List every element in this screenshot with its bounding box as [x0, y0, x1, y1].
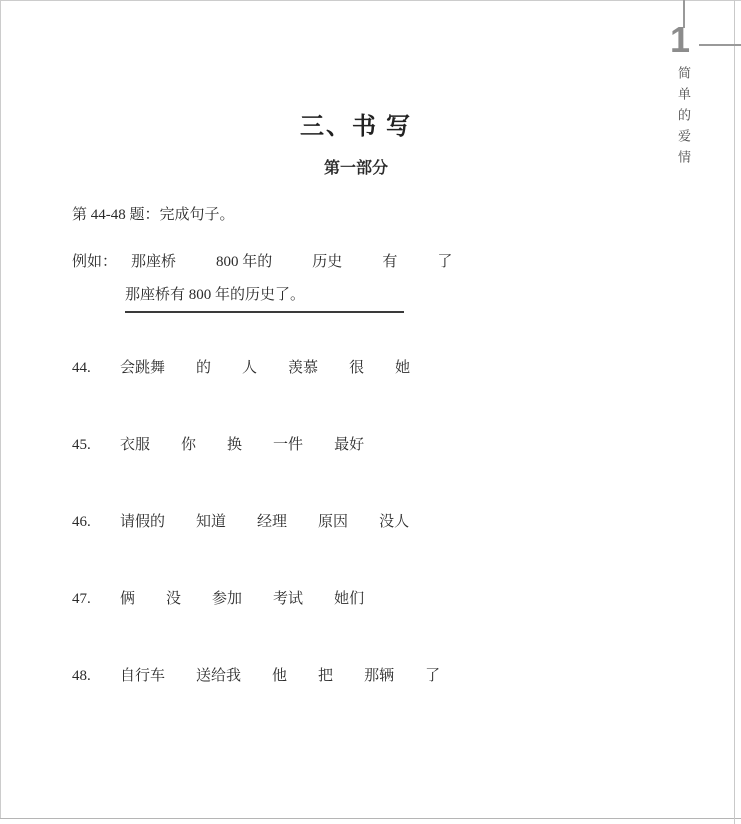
- workbook-page: 1 简单的爱情 三、书 写 第一部分 第 44-48 题：完成句子。 例如： 那…: [0, 0, 741, 824]
- question-word: 把: [318, 664, 333, 685]
- question-word: 换: [227, 433, 242, 454]
- question-word: 知道: [196, 510, 226, 531]
- question-word: 参加: [212, 587, 242, 608]
- question-row: 44.会跳舞的人羡慕很她: [72, 356, 632, 377]
- question-word: 送给我: [196, 664, 241, 685]
- example-answer: 那座桥有 800 年的历史了。: [125, 283, 404, 313]
- question-word: 很: [349, 356, 364, 377]
- question-word: 最好: [334, 433, 364, 454]
- question-row: 45.衣服你换一件最好: [72, 433, 632, 454]
- question-row: 47.俩没参加考试她们: [72, 587, 632, 608]
- question-word: 她: [395, 356, 410, 377]
- question-word: 会跳舞: [120, 356, 165, 377]
- example-word: 了: [437, 250, 452, 271]
- chapter-dash-line: [699, 44, 741, 46]
- question-word: 没: [166, 587, 181, 608]
- page-border-bottom: [0, 818, 741, 819]
- question-word: 了: [425, 664, 440, 685]
- page-border-top: [0, 0, 741, 1]
- example-word: 800 年的: [216, 250, 272, 271]
- example-word: 历史: [312, 250, 342, 271]
- example-words: 那座桥800 年的历史有了: [131, 250, 452, 271]
- question-words: 会跳舞的人羡慕很她: [120, 356, 410, 377]
- chapter-number: 1: [662, 22, 698, 58]
- question-row: 48.自行车送给我他把那辆了: [72, 664, 632, 685]
- question-word: 人: [242, 356, 257, 377]
- question-words: 衣服你换一件最好: [120, 433, 364, 454]
- question-word: 经理: [257, 510, 287, 531]
- question-word: 那辆: [364, 664, 394, 685]
- question-word: 他: [272, 664, 287, 685]
- part-title: 第一部分: [0, 155, 712, 178]
- question-word: 衣服: [120, 433, 150, 454]
- question-words: 请假的知道经理原因没人: [120, 510, 409, 531]
- example-word: 有: [382, 250, 397, 271]
- question-number: 46.: [72, 514, 120, 531]
- question-number: 47.: [72, 591, 120, 608]
- questions-list: 44.会跳舞的人羡慕很她45.衣服你换一件最好46.请假的知道经理原因没人47.…: [72, 356, 632, 741]
- example-word: 那座桥: [131, 250, 176, 271]
- question-word: 没人: [379, 510, 409, 531]
- question-word: 自行车: [120, 664, 165, 685]
- question-word: 的: [196, 356, 211, 377]
- question-word: 一件: [273, 433, 303, 454]
- instruction-text: 第 44-48 题：完成句子。: [72, 203, 235, 224]
- question-word: 你: [181, 433, 196, 454]
- question-words: 俩没参加考试她们: [120, 587, 364, 608]
- question-word: 俩: [120, 587, 135, 608]
- question-number: 48.: [72, 668, 120, 685]
- question-word: 她们: [334, 587, 364, 608]
- example-label: 例如：: [72, 250, 117, 271]
- question-words: 自行车送给我他把那辆了: [120, 664, 440, 685]
- question-word: 请假的: [120, 510, 165, 531]
- question-number: 45.: [72, 437, 120, 454]
- example-row: 例如： 那座桥800 年的历史有了: [72, 250, 452, 271]
- question-word: 考试: [273, 587, 303, 608]
- page-border-right: [734, 0, 735, 824]
- question-word: 羡慕: [288, 356, 318, 377]
- section-title: 三、书 写: [0, 106, 712, 141]
- question-row: 46.请假的知道经理原因没人: [72, 510, 632, 531]
- question-number: 44.: [72, 360, 120, 377]
- question-word: 原因: [318, 510, 348, 531]
